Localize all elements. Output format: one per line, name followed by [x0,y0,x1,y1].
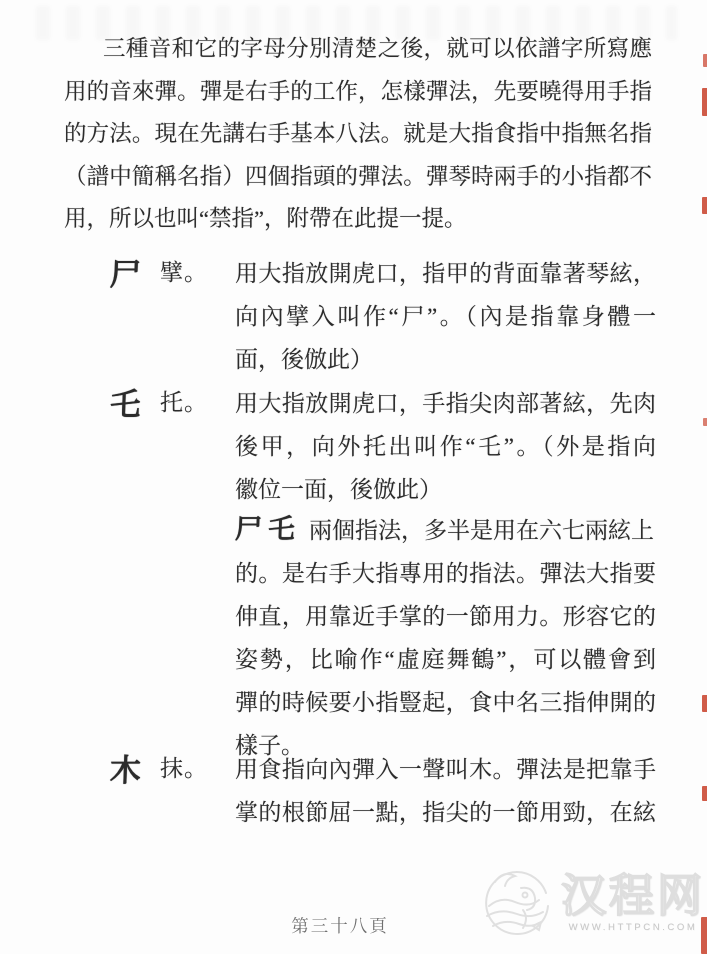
jianzipu-symbol-tuo: 乇 [109,379,142,424]
intro-line: 的方法。現在先講右手基本八法。就是大指食指中指無名指 [64,113,652,156]
intro-line: （譜中簡稱名指）四個指頭的彈法。彈琴時兩手的小指都不 [64,156,652,199]
note-text: 尸乇 兩個指法，多半是用在六七兩絃上 的。是右手大指專用的指法。彈法大指要 伸直… [235,508,656,767]
scanned-book-page: 三種音和它的字母分別清楚之後，就可以依譜字所寫應 用的音來彈。彈是右手的工作，怎… [0,0,707,954]
intro-paragraph: 三種音和它的字母分別清楚之後，就可以依譜字所寫應 用的音來彈。彈是右手的工作，怎… [64,28,652,241]
jianzipu-symbols-bo-tuo: 尸乇 [234,508,302,551]
page-edge-mark [702,197,707,214]
note-line: 姿勢，比喻作“虛庭舞鶴”，可以體會到 [235,638,656,681]
note-line: 尸乇 兩個指法，多半是用在六七兩絃上 [235,508,656,552]
note-line: 的。是右手大指專用的指法。彈法大指要 [235,552,656,595]
description-line: 用大指放開虎口，手指尖肉部著絃，先肉 [235,382,656,425]
page-edge-mark [702,695,707,712]
dragon-logo-icon [477,862,557,944]
intro-line: 用，所以也叫“禁指”，附帶在此提一提。 [64,198,652,241]
intro-line: 用的音來彈。彈是右手的工作，怎樣彈法，先要曉得用手指 [64,71,652,114]
site-watermark: 汉程网 WWW.HTTPCN.COM [477,862,705,944]
jianzipu-symbol-bo: 尸 [109,249,142,294]
entry-label-tuo: 托。 [160,384,208,417]
description-line: 徽位一面，後倣此） [235,468,656,511]
page-edge-mark [702,786,707,801]
description-line: 用食指向內彈入一聲叫木。彈法是把靠手 [235,748,656,791]
note-first-text: 兩個指法，多半是用在六七兩絃上 [309,509,654,552]
entry-description: 用大指放開虎口，指甲的背面靠著琴絃， 向內擘入叫作“尸”。（內是指靠身體一 面，… [235,252,656,381]
jianzipu-symbol-mo: 木 [109,745,142,790]
description-line: 掌的根節屈一點，指尖的一節用勁，在絃 [235,791,656,834]
entry-description: 用食指向內彈入一聲叫木。彈法是把靠手 掌的根節屈一點，指尖的一節用勁，在絃 [235,748,656,834]
watermark-text: 汉程网 WWW.HTTPCN.COM [561,873,705,933]
watermark-url: WWW.HTTPCN.COM [569,922,698,933]
description-line: 面，後倣此） [235,338,656,381]
page-edge-mark [703,418,707,426]
watermark-brand: 汉程网 [561,873,705,919]
page-edge-mark [702,88,707,116]
intro-line: 三種音和它的字母分別清楚之後，就可以依譜字所寫應 [64,28,652,71]
description-line: 用大指放開虎口，指甲的背面靠著琴絃， [235,252,656,295]
page-edge-mark [703,54,707,67]
entry-label-bo: 擘。 [160,254,208,287]
entry-label-mo: 抹。 [160,750,208,783]
entry-description: 用大指放開虎口，手指尖肉部著絃，先肉 後甲，向外托出叫作“乇”。（外是指向 徽位… [235,382,656,511]
description-line: 向內擘入叫作“尸”。（內是指靠身體一 [235,295,656,338]
note-line: 伸直，用靠近手掌的一節用力。形容它的 [235,595,656,638]
note-line: 彈的時候要小指豎起，食中名三指伸開的 [235,681,656,724]
description-line: 後甲，向外托出叫作“乇”。（外是指向 [235,425,656,468]
